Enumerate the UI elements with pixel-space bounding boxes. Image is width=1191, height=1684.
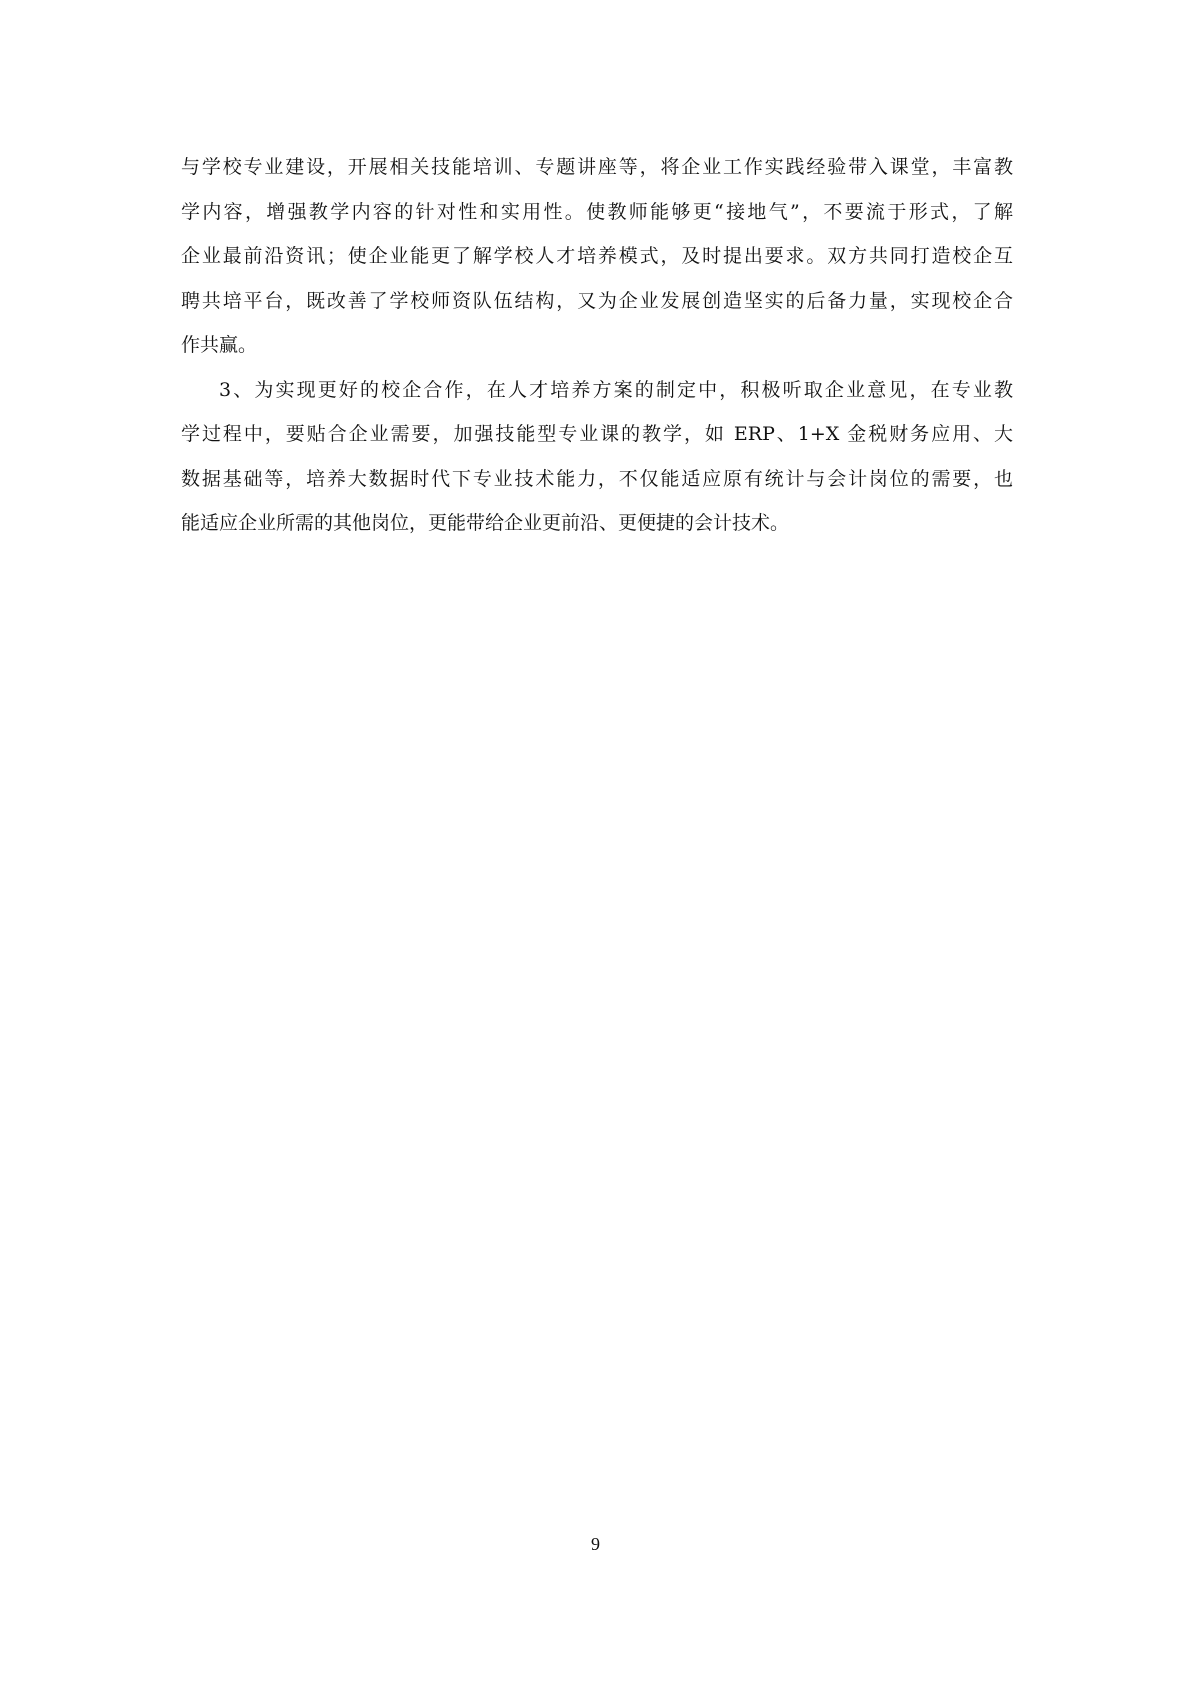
page-number: 9 [0,1534,1191,1555]
text-line: 与学校专业建设，开展相关技能培训、专题讲座等，将企业工作实践经验带入课堂，丰富教 [181,145,1013,190]
text-line: 作共赢。 [181,323,1013,368]
text-line: 能适应企业所需的其他岗位，更能带给企业更前沿、更便捷的会计技术。 [181,501,1013,546]
text-line: 企业最前沿资讯；使企业能更了解学校人才培养模式，及时提出要求。双方共同打造校企互 [181,234,1013,279]
text-line: 3、为实现更好的校企合作，在人才培养方案的制定中，积极听取企业意见，在专业教 [181,368,1013,413]
paragraph-2: 3、为实现更好的校企合作，在人才培养方案的制定中，积极听取企业意见，在专业教 学… [181,368,1013,546]
paragraph-1: 与学校专业建设，开展相关技能培训、专题讲座等，将企业工作实践经验带入课堂，丰富教… [181,145,1013,368]
document-page: 与学校专业建设，开展相关技能培训、专题讲座等，将企业工作实践经验带入课堂，丰富教… [0,0,1191,1684]
text-line: 学过程中，要贴合企业需要，加强技能型专业课的教学，如 ERP、1+X 金税财务应… [181,412,1013,457]
text-line: 数据基础等，培养大数据时代下专业技术能力，不仅能适应原有统计与会计岗位的需要，也 [181,457,1013,502]
text-line: 学内容，增强教学内容的针对性和实用性。使教师能够更“接地气”，不要流于形式，了解 [181,190,1013,235]
text-line: 聘共培平台，既改善了学校师资队伍结构，又为企业发展创造坚实的后备力量，实现校企合 [181,279,1013,324]
body-text: 与学校专业建设，开展相关技能培训、专题讲座等，将企业工作实践经验带入课堂，丰富教… [181,145,1013,546]
